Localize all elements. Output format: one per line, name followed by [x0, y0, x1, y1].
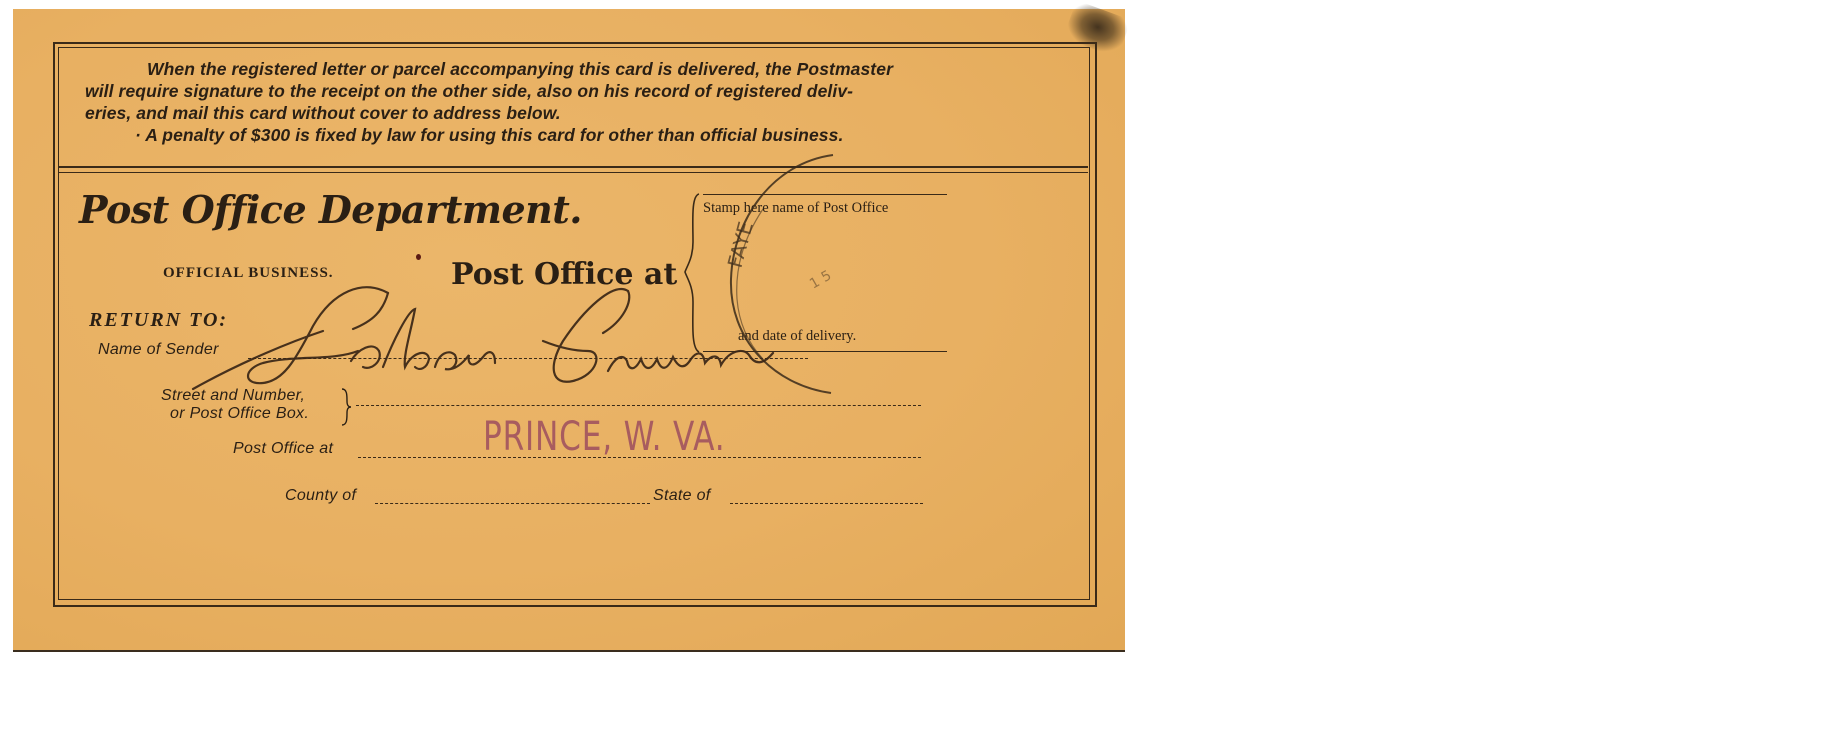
county-line[interactable]	[375, 503, 650, 504]
state-line[interactable]	[730, 503, 923, 504]
post-office-label: Post Office at	[233, 440, 333, 458]
notice-line-1: When the registered letter or parcel acc…	[85, 58, 1085, 80]
penalty-line: · A penalty of $300 is fixed by law for …	[85, 124, 1085, 146]
svg-text:FAYE: FAYE	[723, 219, 758, 270]
instructions-notice: When the registered letter or parcel acc…	[85, 58, 1085, 146]
street-brace-icon	[340, 387, 352, 427]
sender-signature	[183, 271, 843, 401]
street-line[interactable]	[356, 405, 921, 406]
street-label-line-1: Street and Number,	[161, 387, 305, 405]
street-label-line-2: or Post Office Box.	[170, 405, 309, 423]
department-title: Post Office Department.	[79, 187, 582, 232]
state-label: State of	[653, 487, 711, 505]
header-divider	[58, 166, 1088, 168]
ink-dot	[416, 254, 421, 260]
header-divider-thin	[58, 172, 1088, 173]
post-office-rubber-stamp: PRINCE, W. VA.	[483, 414, 725, 460]
county-label: County of	[285, 487, 356, 505]
notice-line-3: eries, and mail this card without cover …	[85, 102, 1085, 124]
postal-card: When the registered letter or parcel acc…	[13, 9, 1125, 650]
notice-line-2: will require signature to the receipt on…	[85, 80, 1085, 102]
